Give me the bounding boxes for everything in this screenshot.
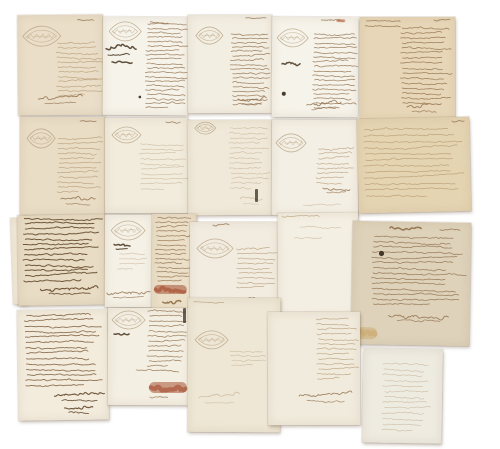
handwriting-text bbox=[23, 217, 104, 282]
handwriting-text bbox=[229, 127, 270, 189]
manuscript-ink-layer bbox=[351, 221, 471, 346]
handwriting-text bbox=[300, 226, 341, 228]
manuscript-ink-layer bbox=[108, 308, 190, 405]
handwriting-text bbox=[313, 34, 358, 109]
manuscript-ink-layer bbox=[268, 312, 360, 425]
manuscript-ink-layer bbox=[362, 348, 443, 443]
handwriting-text bbox=[316, 147, 354, 184]
document-1 bbox=[18, 15, 104, 116]
docket-number-mark bbox=[78, 19, 94, 20]
document-6 bbox=[20, 117, 105, 215]
embossed-seal-icon bbox=[195, 122, 216, 134]
ink-stain bbox=[336, 19, 345, 22]
manuscript-ink-layer bbox=[272, 120, 358, 215]
embossed-seal-icon bbox=[276, 134, 306, 152]
handwriting-text bbox=[230, 34, 270, 105]
document-5 bbox=[360, 17, 455, 120]
ink-scrawl bbox=[282, 62, 300, 65]
embossed-seal-icon bbox=[195, 331, 228, 349]
ink-blot bbox=[139, 96, 142, 99]
embossed-seal-icon bbox=[277, 29, 308, 47]
photo-collage bbox=[0, 0, 500, 449]
handwriting-text bbox=[117, 253, 146, 269]
manuscript-ink-layer bbox=[188, 15, 272, 113]
handwriting-text bbox=[136, 369, 178, 372]
handwriting-text bbox=[150, 397, 168, 398]
manuscript-ink-layer bbox=[188, 298, 281, 432]
docket-number-mark bbox=[80, 121, 96, 122]
embossed-seal-icon bbox=[23, 26, 61, 46]
handwriting-text bbox=[363, 126, 465, 198]
handwriting-text bbox=[282, 215, 319, 217]
document-2 bbox=[103, 17, 189, 115]
handwriting-text bbox=[155, 217, 191, 281]
handwriting-text bbox=[230, 351, 266, 366]
embossed-seal-icon bbox=[27, 129, 55, 148]
document-12 bbox=[105, 215, 152, 307]
ink-scrawl bbox=[114, 333, 129, 335]
paper-edge-shadow bbox=[255, 189, 258, 202]
ink-stain bbox=[154, 285, 187, 294]
handwriting-text bbox=[382, 363, 432, 432]
document-11 bbox=[17, 214, 105, 305]
signature-flourish bbox=[65, 406, 93, 414]
document-3 bbox=[188, 15, 272, 113]
manuscript-ink-layer bbox=[17, 214, 105, 305]
document-16 bbox=[351, 221, 471, 346]
manuscript-ink-layer bbox=[18, 15, 104, 116]
document-7 bbox=[105, 118, 188, 213]
document-4 bbox=[272, 17, 359, 118]
embossed-seal-icon bbox=[197, 239, 233, 258]
handwriting-text bbox=[316, 318, 358, 379]
ink-scrawl bbox=[114, 244, 130, 249]
embossed-seal-icon bbox=[111, 221, 145, 240]
manuscript-ink-layer bbox=[105, 118, 188, 213]
manuscript-ink-layer bbox=[17, 309, 109, 420]
ink-blot bbox=[282, 92, 286, 96]
document-8 bbox=[188, 120, 272, 215]
document-9 bbox=[272, 120, 358, 215]
manuscript-ink-layer bbox=[103, 17, 189, 115]
handwriting-text bbox=[303, 204, 340, 206]
manuscript-ink-layer bbox=[105, 215, 152, 307]
manuscript-ink-layer bbox=[360, 17, 455, 120]
handwriting-text bbox=[139, 144, 188, 190]
manuscript-ink-layer bbox=[272, 17, 359, 118]
signature-flourish bbox=[323, 188, 350, 193]
document-20 bbox=[268, 312, 360, 425]
manuscript-ink-layer bbox=[357, 117, 471, 214]
ink-scrawl bbox=[106, 44, 136, 55]
signature-flourish bbox=[40, 286, 98, 295]
signature-flourish bbox=[307, 100, 341, 110]
document-21 bbox=[362, 348, 443, 443]
ink-stain bbox=[149, 382, 187, 393]
embossed-seal-icon bbox=[112, 311, 145, 329]
manuscript-ink-layer bbox=[20, 117, 105, 215]
embossed-seal-icon bbox=[112, 127, 141, 143]
docket-number-mark bbox=[213, 224, 229, 226]
document-17 bbox=[17, 309, 109, 420]
handwriting-text bbox=[371, 236, 467, 306]
signature-flourish bbox=[61, 196, 95, 205]
handwriting-text bbox=[145, 23, 188, 108]
paper-edge-shadow bbox=[183, 308, 186, 323]
ink-scrawl bbox=[112, 61, 132, 63]
signature-flourish bbox=[407, 104, 441, 113]
document-15 bbox=[278, 213, 359, 316]
handwriting-text bbox=[194, 302, 224, 304]
signature-flourish bbox=[240, 197, 262, 205]
docket-number-mark bbox=[246, 18, 266, 19]
handwriting-text bbox=[147, 310, 186, 367]
document-18 bbox=[108, 308, 190, 405]
handwriting-text bbox=[294, 237, 322, 238]
ink-scrawl bbox=[163, 300, 181, 303]
manuscript-ink-layer bbox=[188, 120, 272, 215]
ink-scrawl bbox=[390, 227, 421, 230]
handwriting-text bbox=[365, 20, 400, 26]
handwriting-text bbox=[400, 27, 452, 104]
embossed-seal-icon bbox=[196, 27, 223, 44]
signature-flourish bbox=[388, 315, 448, 322]
manuscript-ink-layer bbox=[278, 213, 359, 316]
handwriting-text bbox=[237, 247, 277, 287]
signature-flourish bbox=[238, 97, 266, 105]
embossed-seal-icon bbox=[109, 22, 141, 41]
signature-flourish bbox=[299, 391, 352, 403]
signature-flourish bbox=[199, 392, 240, 403]
handwriting-text bbox=[24, 313, 102, 387]
document-19 bbox=[188, 298, 281, 432]
handwriting-text bbox=[57, 137, 103, 193]
docket-number-mark bbox=[166, 122, 180, 124]
docket-number-mark bbox=[434, 19, 450, 21]
document-10 bbox=[357, 117, 471, 214]
signature-flourish bbox=[54, 392, 104, 402]
docket-number-mark bbox=[440, 229, 460, 231]
docket-number-mark bbox=[452, 120, 464, 122]
signature-flourish bbox=[107, 291, 150, 298]
handwriting-text bbox=[56, 42, 103, 96]
